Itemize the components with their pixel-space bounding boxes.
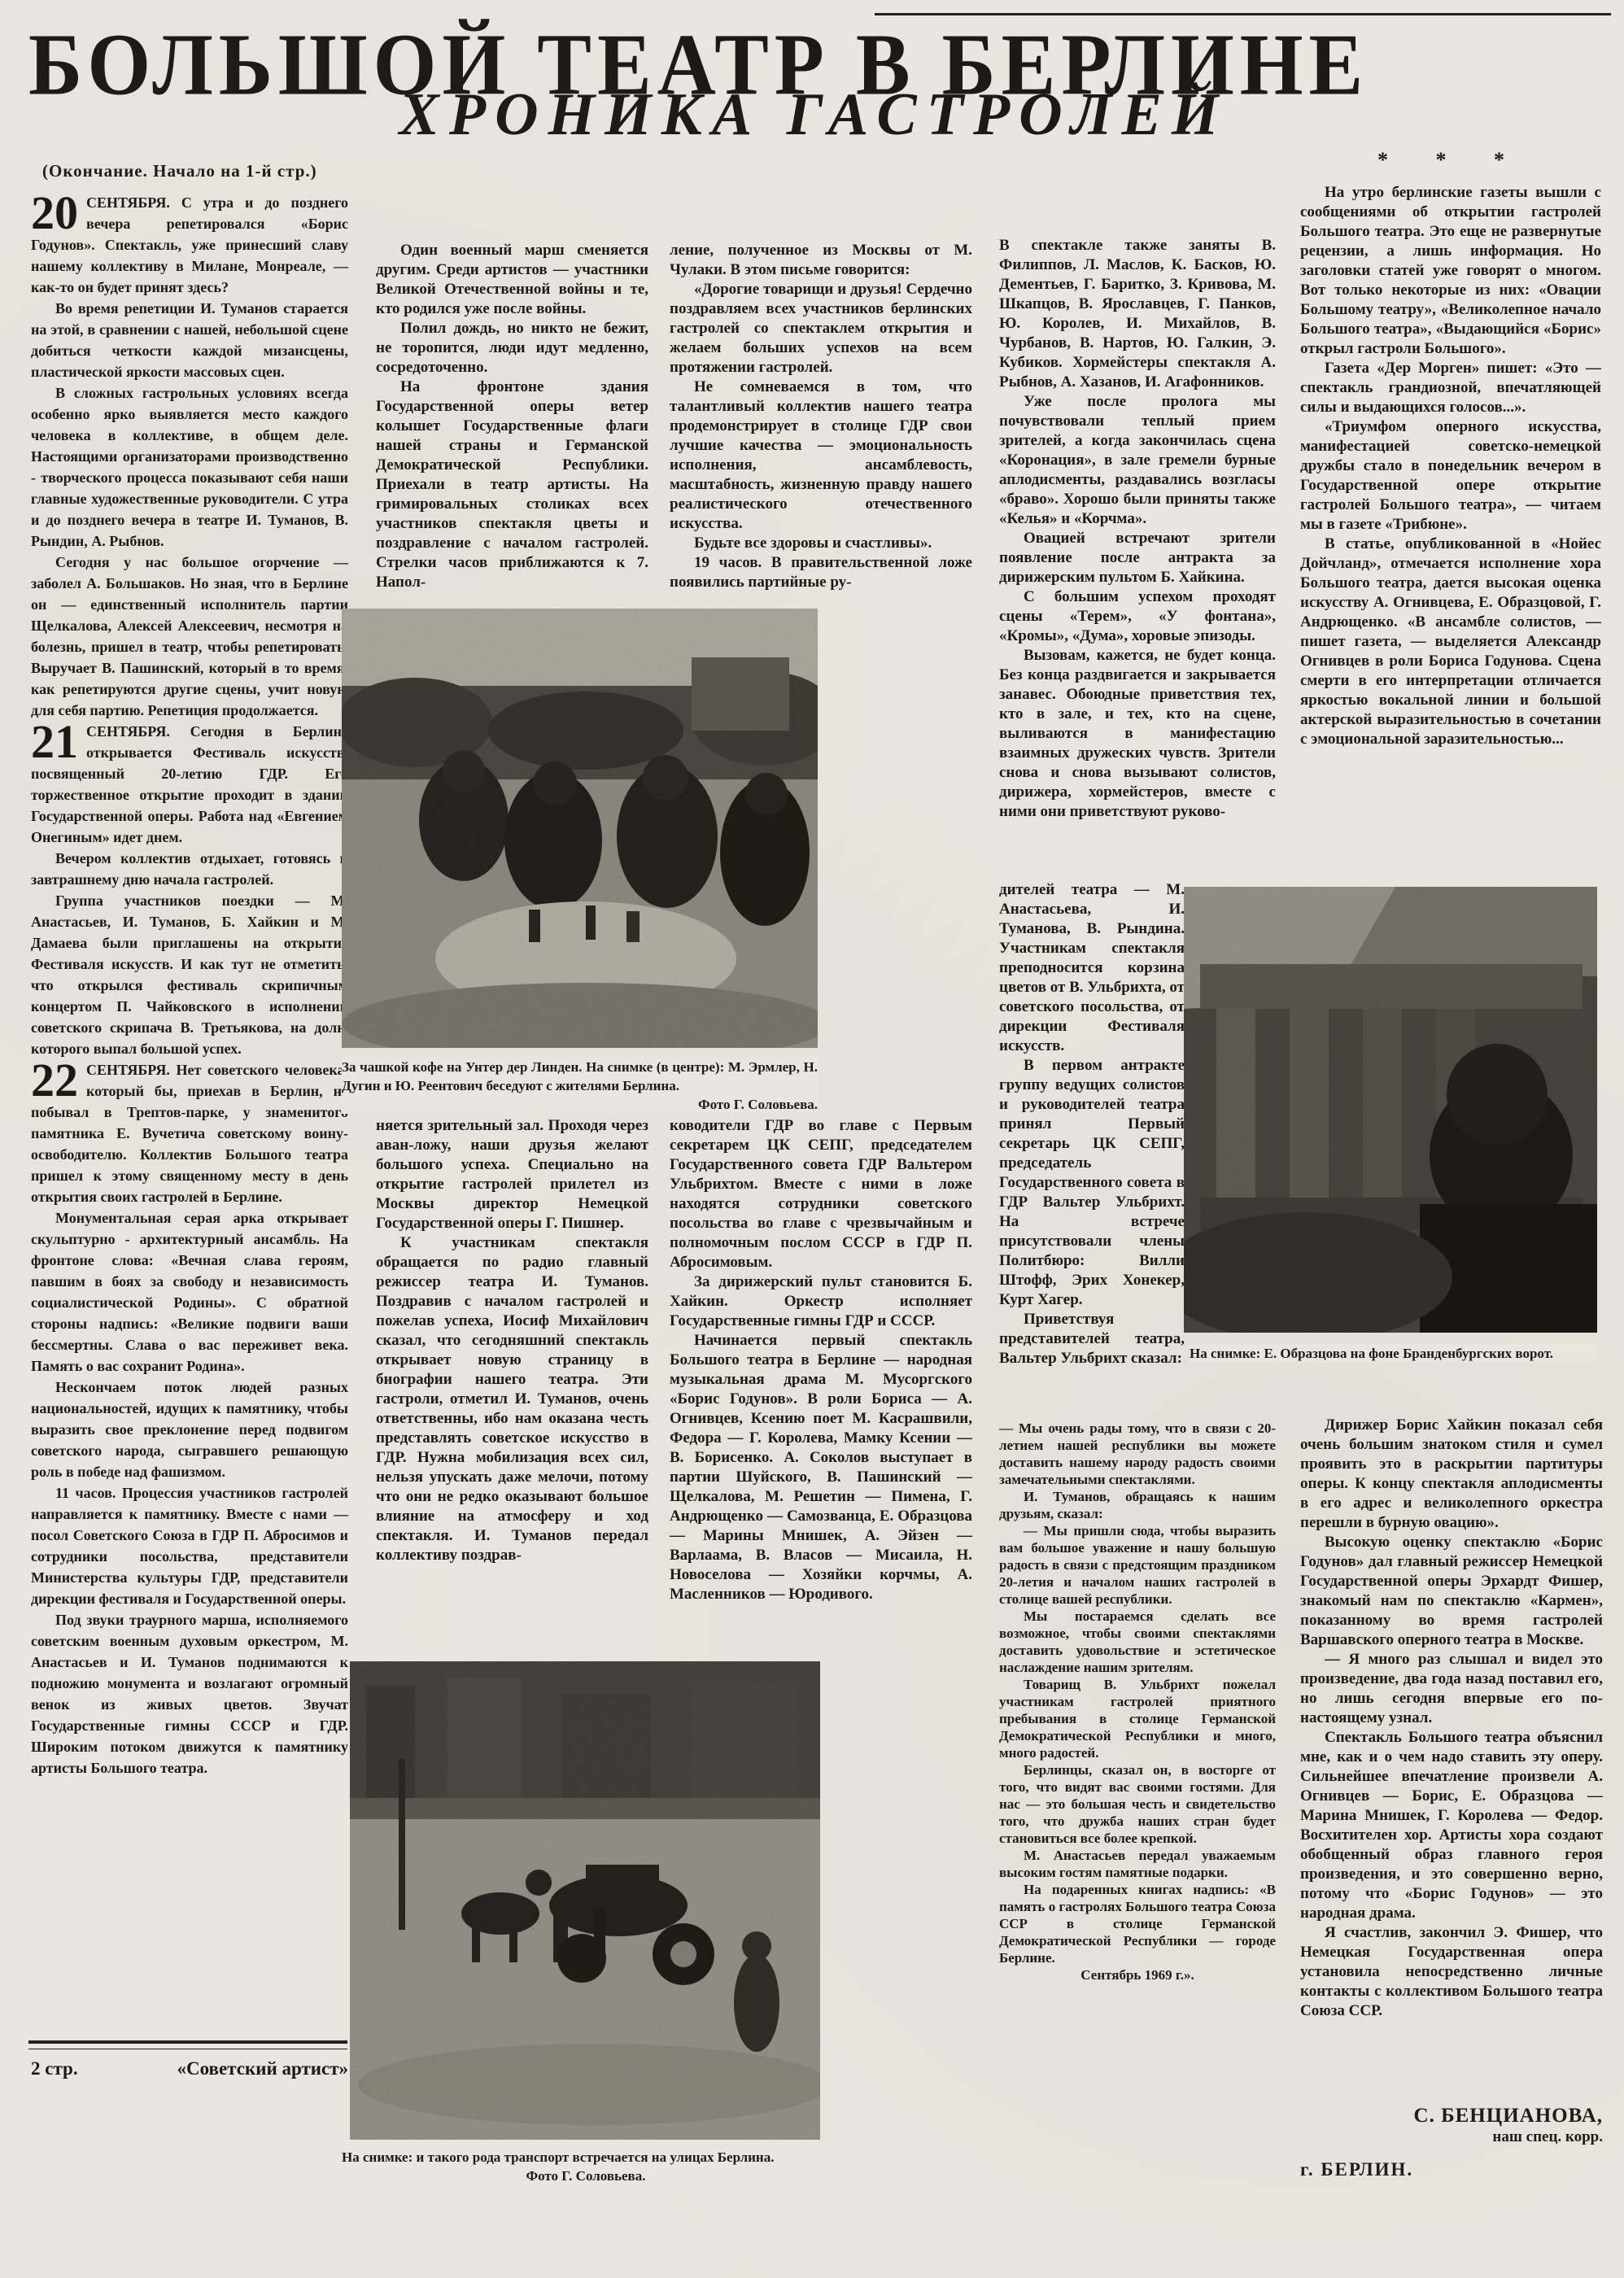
paragraph: На фронтоне здания Государственной оперы… [376,377,648,592]
column-3-bottom: ководители ГДР во главе с Первым секрета… [670,1116,972,1604]
paragraph: И. Туманов, обращаясь к нашим друзьям, с… [999,1488,1276,1522]
paragraph: На подаренных книгах надпись: «В память … [999,1881,1276,1966]
paragraph: Высокую оценку спектаклю «Борис Годунов»… [1300,1533,1603,1650]
paragraph: 19 часов. В правительственной ложе появи… [670,553,972,592]
caption-text: На снимке: Е. Образцова на фоне Бранденб… [1190,1346,1553,1361]
paragraph: — Мы пришли сюда, чтобы выразить вам бол… [999,1522,1276,1608]
caption-text: На снимке: и такого рода транспорт встре… [342,2149,774,2165]
paragraph: Группа участников поездки — М. Анастасье… [31,890,348,1059]
brandenburg-photo [1184,887,1597,1333]
paragraph: Уже после пролога мы почувствовали теплы… [999,392,1276,529]
page-footer: 2 стр. «Советский артист» [31,2058,348,2079]
paragraph: Будьте все здоровы и счастливы». [670,534,972,553]
newspaper-page: БОЛЬШОЙ ТЕАТР В БЕРЛИНЕ (Окончание. Нача… [0,0,1624,2278]
page-number: 2 стр. [31,2058,78,2079]
photo-credit: Фото Г. Соловьева. [342,2167,830,2185]
paragraph: ление, полученное из Москвы от М. Чулаки… [670,241,972,280]
paragraph: В спектакле также заняты В. Филиппов, Л.… [999,236,1276,392]
paragraph: Один военный марш сменяется другим. Сред… [376,241,648,319]
paragraph: «Триумфом оперного искусства, манифестац… [1300,417,1601,535]
column-2-top: Один военный марш сменяется другим. Сред… [376,241,648,592]
paragraph: Берлинцы, сказал он, в восторге от того,… [999,1761,1276,1847]
correspondent-name: С. БЕНЦИАНОВА, [1300,2106,1603,2127]
column-5-bottom: Дирижер Борис Хайкин показал себя очень … [1300,1416,1603,2021]
street-cart-photo [350,1661,820,2140]
paragraph: — Мы очень рады тому, что в связи с 20-л… [999,1420,1276,1488]
paragraph: Нескончаем поток людей разных национальн… [31,1377,348,1482]
section-stars: * * * [1302,148,1601,172]
paragraph: Сентябрь 1969 г.». [999,1966,1276,1983]
photo-credit: Фото Г. Соловьева. [342,1095,818,1114]
signature-block: С. БЕНЦИАНОВА, наш спец. корр. г. БЕРЛИН… [1300,2106,1603,2180]
paragraph: — Я много раз слышал и видел это произве… [1300,1650,1603,1728]
column-3-top: ление, полученное из Москвы от М. Чулаки… [670,241,972,592]
paragraph: Дирижер Борис Хайкин показал себя очень … [1300,1416,1603,1533]
paragraph: Вызовам, кажется, не будет конца. Без ко… [999,646,1276,822]
date-dropcap: 21 [31,722,78,762]
column-1: 20СЕНТЯБРЯ. С утра и до позднего вечера … [31,192,348,1778]
paragraph: В сложных гастрольных условиях всегда ос… [31,382,348,552]
newspaper-name: «Советский артист» [177,2058,348,2079]
column-2-bottom: няется зрительный зал. Проходя через ава… [376,1116,648,1565]
paragraph: К участникам спектакля обращается по рад… [376,1233,648,1565]
paragraph: «Дорогие товарищи и друзья! Сердечно поз… [670,280,972,377]
paragraph: На утро берлинские газеты вышли с сообще… [1300,183,1601,359]
brandenburg-photo-caption: На снимке: Е. Образцова на фоне Бранденб… [1190,1344,1596,1363]
paragraph: М. Анастасьев передал уважаемым высоким … [999,1847,1276,1881]
paragraph: Начинается первый спектакль Большого теа… [670,1331,972,1604]
footer-rule [28,2040,347,2049]
paragraph: Под звуки траурного марша, исполняемого … [31,1609,348,1778]
paragraph: Во время репетиции И. Туманов старается … [31,298,348,382]
paragraph: В статье, опубликованной в «Нойес Дойчла… [1300,535,1601,749]
correspondent-role: наш спец. корр. [1300,2127,1603,2148]
paragraph: Овацией встречают зрители появление посл… [999,529,1276,587]
column-4-bottom: — Мы очень рады тому, что в связи с 20-л… [999,1420,1276,1983]
paragraph: Сегодня у нас большое огорчение — заболе… [31,552,348,721]
paragraph: С большим успехом проходят сцены «Терем»… [999,587,1276,646]
cafe-photo-caption: За чашкой кофе на Унтер дер Линден. На с… [342,1058,818,1114]
paragraph: ководители ГДР во главе с Первым секрета… [670,1116,972,1272]
paragraph: 22СЕНТЯБРЯ. Нет советского человека, кот… [31,1059,348,1207]
sub-headline: ХРОНИКА ГАСТРОЛЕЙ [346,85,1281,145]
paragraph: 11 часов. Процессия участников гастролей… [31,1482,348,1609]
paragraph: Я счастлив, закончил Э. Фишер, что Немец… [1300,1923,1603,2021]
paragraph: Мы постараемся сделать все возможное, чт… [999,1608,1276,1676]
paragraph: Спектакль Большого театра объяснил мне, … [1300,1728,1603,1923]
caption-text: За чашкой кофе на Унтер дер Линден. На с… [342,1059,818,1093]
paragraph: За дирижерский пульт становится Б. Хайки… [670,1272,972,1331]
continuation-note: (Окончание. Начало на 1-й стр.) [42,161,347,181]
paragraph: В первом антракте группу ведущих солисто… [999,1056,1185,1310]
paragraph: Монументальная серая арка открывает скул… [31,1207,348,1377]
paragraph: Товарищ В. Ульбрихт пожелал участникам г… [999,1676,1276,1761]
paragraph: Приветствуя представителей театра, Вальт… [999,1310,1185,1368]
paragraph: дителей театра — М. Анастасьева, И. Тума… [999,880,1185,1056]
paragraph: 21СЕНТЯБРЯ. Сегодня в Берлине открываетс… [31,721,348,848]
paragraph: Вечером коллектив отдыхает, готовясь к з… [31,848,348,890]
paragraph: Полил дождь, но никто не бежит, не тороп… [376,319,648,377]
street-photo-caption: На снимке: и такого рода транспорт встре… [342,2148,830,2185]
dateline-city: г. БЕРЛИН. [1300,2159,1603,2180]
date-dropcap: 20 [31,194,78,233]
column-4-top: В спектакле также заняты В. Филиппов, Л.… [999,236,1276,822]
paragraph: Газета «Дер Морген» пишет: «Это — спекта… [1300,359,1601,417]
paragraph: Не сомневаемся в том, что талантливый ко… [670,377,972,534]
paragraph: 20СЕНТЯБРЯ. С утра и до позднего вечера … [31,192,348,298]
cafe-photo [342,609,818,1048]
column-5-top: На утро берлинские газеты вышли с сообще… [1300,183,1601,749]
date-dropcap: 22 [31,1061,78,1100]
paragraph: няется зрительный зал. Проходя через ава… [376,1116,648,1233]
column-4-narrow: дителей театра — М. Анастасьева, И. Тума… [999,880,1185,1368]
